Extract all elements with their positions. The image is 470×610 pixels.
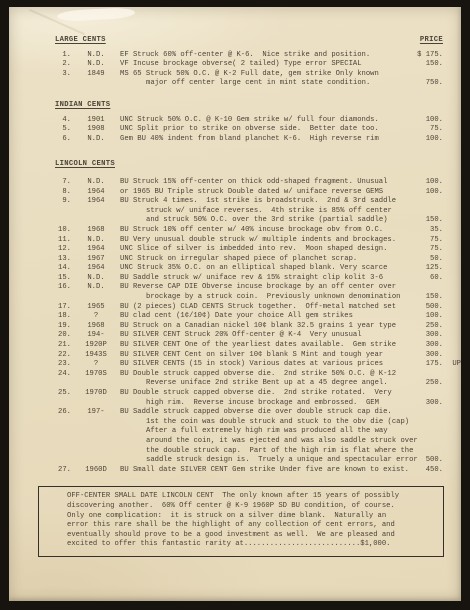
- item-date: 1964: [84, 197, 108, 207]
- item-price: 500.: [405, 456, 443, 466]
- item-number: 6.: [55, 135, 71, 145]
- item-number: 26.: [55, 408, 71, 418]
- item-number: 19.: [55, 322, 71, 332]
- section-title: LINCOLN CENTS: [55, 160, 115, 170]
- list-item: 3.1849MS 65 Struck 50% O.C. @ K-2 Full d…: [55, 70, 443, 89]
- item-date: 194-: [84, 331, 108, 341]
- list-item: 13.1967UNC Struck on irregular shaped pi…: [55, 255, 443, 265]
- item-description: BU Struck 4 times. 1st strike is broadst…: [120, 197, 405, 226]
- description-line: UNC Struck 50% O.C. @ K-10 Gem strike w/…: [120, 116, 405, 126]
- item-description: BU Reverse CAP DIE Obverse incuse brocka…: [120, 283, 405, 302]
- item-number: 10.: [55, 226, 71, 236]
- list-item: 16.N.D.BU Reverse CAP DIE Obverse incuse…: [55, 283, 443, 302]
- price-value: 100.: [426, 178, 443, 186]
- item-description: BU Saddle struck capped obverse die over…: [120, 408, 405, 466]
- price-value: 500.: [426, 303, 443, 311]
- list-item: 15.N.D.BU Saddle struck w/ uniface rev &…: [55, 274, 443, 284]
- item-number: 1.: [55, 51, 71, 61]
- footer-box-line: OFF-CENTER SMALL DATE LINCOLN CENT The o…: [67, 492, 435, 502]
- document-page: LARGE CENTSPRICE1.N.D.EF Struck 60% off-…: [9, 7, 461, 601]
- item-date: ?: [84, 360, 108, 370]
- description-line: UNC Split prior to strike on obverse sid…: [120, 125, 405, 135]
- price-value: 150.: [426, 216, 443, 224]
- list-item: 6.N.D.Gem BU 40% indent from bland planc…: [55, 135, 443, 145]
- paper-crease: [29, 9, 85, 35]
- item-date: N.D.: [84, 51, 108, 61]
- description-line: or 1965 BU Triple struck Double dated w/…: [120, 188, 405, 198]
- item-date: N.D.: [84, 135, 108, 145]
- item-date: 1964: [84, 188, 108, 198]
- item-date: 1970S: [84, 370, 108, 380]
- item-number: 2.: [55, 60, 71, 70]
- scanned-price-list-page: { "page": { "price_header": "PRICE", "co…: [0, 0, 470, 610]
- item-price: 35.: [405, 226, 443, 236]
- price-value: 100.: [426, 116, 443, 124]
- item-description: BU Struck 15% off-center on thick odd-sh…: [120, 178, 405, 188]
- list-item: 23.?BU SILVER CENTS (15 in stock) Variou…: [55, 360, 443, 370]
- description-line: struck w/ uniface reverses. 4th strike i…: [120, 207, 405, 217]
- price-value: 150.: [426, 293, 443, 301]
- item-number: 15.: [55, 274, 71, 284]
- description-line: BU Struck 15% off-center on thick odd-sh…: [120, 178, 405, 188]
- special-offer-box: OFF-CENTER SMALL DATE LINCOLN CENT The o…: [38, 486, 444, 557]
- list-item: 5.1908UNC Split prior to strike on obver…: [55, 125, 443, 135]
- item-number: 4.: [55, 116, 71, 126]
- list-item: 20.194-BU SILVER CENT Struck 20% Off-cen…: [55, 331, 443, 341]
- description-line: BU Very unusual double struck w/ multipl…: [120, 236, 405, 246]
- section-header: INDIAN CENTS: [55, 101, 443, 111]
- description-line: BU Saddle struck capped obverse die over…: [120, 408, 405, 418]
- item-date: N.D.: [84, 274, 108, 284]
- item-date: 1920P: [84, 341, 108, 351]
- description-line: Gem BU 40% indent from bland planchet K-…: [120, 135, 405, 145]
- list-item: 25.1970DBU Double struck capped obverse …: [55, 389, 443, 408]
- footer-box-line: excited to offer this fantastic rarity a…: [67, 540, 435, 550]
- paper-crease: [57, 7, 135, 22]
- item-number: 16.: [55, 283, 71, 293]
- price-value: 60.: [430, 274, 443, 282]
- item-date: 1908: [84, 125, 108, 135]
- item-price: 300.: [405, 341, 443, 351]
- list-item: 1.N.D.EF Struck 60% off-center @ K-6. Ni…: [55, 51, 443, 61]
- item-description: UNC Struck on irregular shaped piece of …: [120, 255, 405, 265]
- description-line: UNC Struck 35% O.C. on an elliptical sha…: [120, 264, 405, 274]
- description-line: EF Struck 60% off-center @ K-6. Nice str…: [120, 51, 405, 61]
- item-number: 14.: [55, 264, 71, 274]
- item-number: 20.: [55, 331, 71, 341]
- description-line: saddle struck design is. Truely a unique…: [120, 456, 405, 466]
- item-price: 60.: [405, 274, 443, 284]
- description-line: BU clad cent (1¢/10¢) Date your choice A…: [120, 312, 405, 322]
- item-price: 250.: [405, 322, 443, 332]
- item-number: 7.: [55, 178, 71, 188]
- item-description: MS 65 Struck 50% O.C. @ K-2 Full date, g…: [120, 70, 405, 89]
- price-value: 125.: [426, 264, 443, 272]
- description-line: UNC Struck on irregular shaped piece of …: [120, 255, 405, 265]
- item-description: BU Double struck capped obverse die. 2nd…: [120, 389, 405, 408]
- section-title: LARGE CENTS: [55, 36, 106, 46]
- item-description: UNC Split prior to strike on obverse sid…: [120, 125, 405, 135]
- item-date: 197-: [84, 408, 108, 418]
- item-price: 500.: [405, 303, 443, 313]
- description-line: BU SILVER CENT Struck 20% Off-center @ K…: [120, 331, 405, 341]
- description-line: the double struck cap. Part of the high …: [120, 447, 405, 457]
- item-price: 300.: [405, 399, 443, 409]
- item-price: 100.: [405, 312, 443, 322]
- price-value: 300.: [426, 351, 443, 359]
- item-date: 1968: [84, 322, 108, 332]
- item-description: BU Struck on a Canadian nickel 10¢ blank…: [120, 322, 405, 332]
- item-price: 150.: [405, 293, 443, 303]
- description-line: BU Reverse CAP DIE Obverse incuse brocka…: [120, 283, 405, 293]
- price-value: 150.: [426, 60, 443, 68]
- section-indian-cents: INDIAN CENTS4.1901UNC Struck 50% O.C. @ …: [55, 101, 443, 144]
- description-line: After a full extremely high rim was prod…: [120, 427, 405, 437]
- price-column-header: PRICE: [420, 36, 443, 46]
- description-line: BU SILVER CENT One of the yearliest date…: [120, 341, 405, 351]
- price-value: 75.: [430, 236, 443, 244]
- list-item: 18.?BU clad cent (1¢/10¢) Date your choi…: [55, 312, 443, 322]
- item-number: 21.: [55, 341, 71, 351]
- item-price: 100.: [405, 178, 443, 188]
- section-lincoln-cents: LINCOLN CENTS7.N.D.BU Struck 15% off-cen…: [55, 160, 443, 475]
- footer-box-line: error this rare shall be the highlight o…: [67, 521, 435, 531]
- section-large-cents: LARGE CENTSPRICE1.N.D.EF Struck 60% off-…: [55, 36, 443, 89]
- description-line: and struck 50% O.C. over the 3rd strike …: [120, 216, 405, 226]
- item-date: 1968: [84, 226, 108, 236]
- description-line: Reverse uniface 2nd strike Bent up at a …: [120, 379, 405, 389]
- price-value: 250.: [426, 322, 443, 330]
- footer-box-line: Only one complication: it is struck on a…: [67, 512, 435, 522]
- list-item: 24.1970SBU Double struck capped obverse …: [55, 370, 443, 389]
- item-price: 100.: [405, 135, 443, 145]
- item-date: 1901: [84, 116, 108, 126]
- description-line: BU Struck 10% off center w/ 40% incuse b…: [120, 226, 405, 236]
- price-value: 250.: [426, 379, 443, 387]
- price-value: 750.: [426, 79, 443, 87]
- item-description: or 1965 BU Triple struck Double dated w/…: [120, 188, 405, 198]
- item-number: 18.: [55, 312, 71, 322]
- description-line: BU Struck 4 times. 1st strike is broadst…: [120, 197, 405, 207]
- price-value: 100.: [426, 135, 443, 143]
- item-price: 75.: [405, 245, 443, 255]
- item-number: 22.: [55, 351, 71, 361]
- item-description: BU SILVER CENT One of the yearliest date…: [120, 341, 405, 351]
- price-value: 300.: [426, 399, 443, 407]
- item-description: BU Very unusual double struck w/ multipl…: [120, 236, 405, 246]
- description-line: BU Double struck capped obverse die. 2nd…: [120, 389, 405, 399]
- price-list: LARGE CENTSPRICE1.N.D.EF Struck 60% off-…: [55, 36, 443, 475]
- footer-box-line: eventually should prove to be a good inv…: [67, 531, 435, 541]
- item-date: 1960D: [84, 466, 108, 476]
- item-number: 27.: [55, 466, 71, 476]
- section-title: INDIAN CENTS: [55, 101, 110, 111]
- item-description: BU SILVER CENTS (15 in stock) Various da…: [120, 360, 405, 370]
- item-description: BU Saddle struck w/ uniface rev & 15% st…: [120, 274, 405, 284]
- item-price: 750.: [405, 79, 443, 89]
- description-line: 1st the coin was double struck and stuck…: [120, 418, 405, 428]
- item-price: 150.: [405, 216, 443, 226]
- item-date: 1964: [84, 245, 108, 255]
- list-item: 11.N.D.BU Very unusual double struck w/ …: [55, 236, 443, 246]
- description-line: BU (2 pieces) CLAD CENTS Struck together…: [120, 303, 405, 313]
- item-description: BU Double struck capped obverse die. 2nd…: [120, 370, 405, 389]
- item-price: 300.: [405, 351, 443, 361]
- item-price: 75.: [405, 125, 443, 135]
- item-date: 1964: [84, 264, 108, 274]
- section-header: LINCOLN CENTS: [55, 160, 443, 170]
- description-line: BU SILVER CENT Cent on silver 10¢ blank …: [120, 351, 405, 361]
- price-value: 75.: [430, 125, 443, 133]
- item-price: 300.: [405, 331, 443, 341]
- item-description: BU SILVER CENT Cent on silver 10¢ blank …: [120, 351, 405, 361]
- item-number: 12.: [55, 245, 71, 255]
- price-value: 100.: [426, 188, 443, 196]
- price-value: 450.: [426, 466, 443, 474]
- item-date: 1967: [84, 255, 108, 265]
- item-number: 8.: [55, 188, 71, 198]
- description-line: BU Double struck capped obverse die. 2nd…: [120, 370, 405, 380]
- item-number: 9.: [55, 197, 71, 207]
- item-number: 3.: [55, 70, 71, 80]
- item-date: N.D.: [84, 283, 108, 293]
- item-price: 125.: [405, 264, 443, 274]
- item-description: BU Struck 10% off center w/ 40% incuse b…: [120, 226, 405, 236]
- list-item: 7.N.D.BU Struck 15% off-center on thick …: [55, 178, 443, 188]
- list-item: 22.1943SBU SILVER CENT Cent on silver 10…: [55, 351, 443, 361]
- item-date: 1970D: [84, 389, 108, 399]
- list-item: 9.1964BU Struck 4 times. 1st strike is b…: [55, 197, 443, 226]
- description-line: UNC Slice of silver is imbedded into rev…: [120, 245, 405, 255]
- list-item: 17.1965BU (2 pieces) CLAD CENTS Struck t…: [55, 303, 443, 313]
- list-item: 26.197-BU Saddle struck capped obverse d…: [55, 408, 443, 466]
- description-line: around the coin, it was ejected and was …: [120, 437, 405, 447]
- description-line: high rim. Reverse incuse brockage and em…: [120, 399, 405, 409]
- description-line: VF Incuse brockage obverse( 2 tailed) Ty…: [120, 60, 405, 70]
- item-description: BU SILVER CENT Struck 20% Off-center @ K…: [120, 331, 405, 341]
- item-description: UNC Slice of silver is imbedded into rev…: [120, 245, 405, 255]
- description-line: BU Struck on a Canadian nickel 10¢ blank…: [120, 322, 405, 332]
- item-price: 250.: [405, 379, 443, 389]
- description-line: brockage by a struck coin. Previously un…: [120, 293, 405, 303]
- description-line: BU Saddle struck w/ uniface rev & 15% st…: [120, 274, 405, 284]
- price-value: 50.: [430, 255, 443, 263]
- list-item: 19.1968BU Struck on a Canadian nickel 10…: [55, 322, 443, 332]
- item-date: ?: [84, 312, 108, 322]
- item-number: 24.: [55, 370, 71, 380]
- price-value: 500.: [426, 456, 443, 464]
- price-value: 75.: [430, 245, 443, 253]
- item-description: UNC Struck 35% O.C. on an elliptical sha…: [120, 264, 405, 274]
- section-header: LARGE CENTSPRICE: [55, 36, 443, 46]
- item-date: N.D.: [84, 60, 108, 70]
- item-date: 1965: [84, 303, 108, 313]
- item-price: 75.: [405, 236, 443, 246]
- item-number: 5.: [55, 125, 71, 135]
- description-line: major off center large cent in mint stat…: [120, 79, 405, 89]
- list-item: 14.1964UNC Struck 35% O.C. on an ellipti…: [55, 264, 443, 274]
- list-item: 21.1920PBU SILVER CENT One of the yearli…: [55, 341, 443, 351]
- description-line: MS 65 Struck 50% O.C. @ K-2 Full date, g…: [120, 70, 405, 80]
- list-item: 27.1960DBU Small date SILVER CENT Gem st…: [55, 466, 443, 476]
- item-number: 23.: [55, 360, 71, 370]
- item-price: 100.: [405, 116, 443, 126]
- price-value: 300.: [426, 331, 443, 339]
- item-date: N.D.: [84, 178, 108, 188]
- price-value: 175.: [426, 360, 443, 368]
- description-line: BU SILVER CENTS (15 in stock) Various da…: [120, 360, 405, 370]
- price-suffix: UP: [452, 360, 461, 370]
- list-item: 4.1901UNC Struck 50% O.C. @ K-10 Gem str…: [55, 116, 443, 126]
- description-line: BU Small date SILVER CENT Gem strike Und…: [120, 466, 405, 476]
- item-number: 25.: [55, 389, 71, 399]
- item-number: 13.: [55, 255, 71, 265]
- item-description: VF Incuse brockage obverse( 2 tailed) Ty…: [120, 60, 405, 70]
- item-price: 175.UP: [405, 360, 443, 370]
- item-description: UNC Struck 50% O.C. @ K-10 Gem strike w/…: [120, 116, 405, 126]
- item-price: $ 175.: [405, 51, 443, 61]
- item-number: 11.: [55, 236, 71, 246]
- footer-box-line: discovering another. 60% Off center @ K-…: [67, 502, 435, 512]
- item-date: N.D.: [84, 236, 108, 246]
- item-date: 1849: [84, 70, 108, 80]
- price-value: $ 175.: [417, 51, 443, 59]
- list-item: 8.1964or 1965 BU Triple struck Double da…: [55, 188, 443, 198]
- price-value: 100.: [426, 312, 443, 320]
- item-price: 50.: [405, 255, 443, 265]
- item-number: 17.: [55, 303, 71, 313]
- list-item: 12.1964UNC Slice of silver is imbedded i…: [55, 245, 443, 255]
- list-item: 10.1968BU Struck 10% off center w/ 40% i…: [55, 226, 443, 236]
- item-description: BU clad cent (1¢/10¢) Date your choice A…: [120, 312, 405, 322]
- item-description: BU Small date SILVER CENT Gem strike Und…: [120, 466, 405, 476]
- item-date: 1943S: [84, 351, 108, 361]
- item-price: 150.: [405, 60, 443, 70]
- item-description: BU (2 pieces) CLAD CENTS Struck together…: [120, 303, 405, 313]
- price-value: 35.: [430, 226, 443, 234]
- item-price: 450.: [405, 466, 443, 476]
- price-value: 300.: [426, 341, 443, 349]
- item-description: EF Struck 60% off-center @ K-6. Nice str…: [120, 51, 405, 61]
- item-price: 100.: [405, 188, 443, 198]
- list-item: 2.N.D.VF Incuse brockage obverse( 2 tail…: [55, 60, 443, 70]
- item-description: Gem BU 40% indent from bland planchet K-…: [120, 135, 405, 145]
